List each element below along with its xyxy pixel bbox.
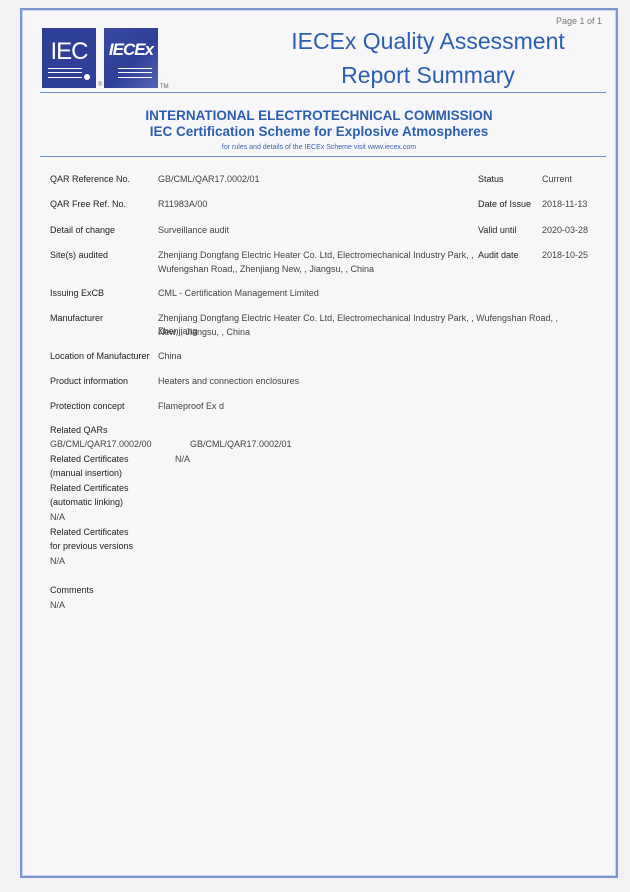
scheme-note: for rules and details of the IECEx Schem… bbox=[22, 144, 616, 151]
comments-label: Comments bbox=[50, 584, 94, 597]
detail-change-label: Detail of change bbox=[50, 224, 160, 237]
related-prev-value: N/A bbox=[50, 555, 65, 568]
registered-mark: ® bbox=[98, 82, 102, 88]
header-divider bbox=[40, 92, 606, 93]
section-divider bbox=[40, 156, 606, 157]
qar-free-ref-label: QAR Free Ref. No. bbox=[50, 198, 160, 211]
location-value: China bbox=[158, 350, 598, 363]
sites-audited-value-line1: Zhenjiang Dongfang Electric Heater Co. L… bbox=[158, 249, 478, 262]
logo-lines-icon bbox=[48, 68, 82, 78]
protection-value: Flameproof Ex d bbox=[158, 400, 598, 413]
date-issue-value: 2018-11-13 bbox=[542, 198, 587, 211]
related-prev-sublabel: for previous versions bbox=[50, 540, 133, 553]
report-title-line1: IECEx Quality Assessment bbox=[218, 28, 630, 55]
iecex-logo: IECEx bbox=[104, 28, 158, 88]
protection-label: Protection concept bbox=[50, 400, 160, 413]
document-frame: Page 1 of 1 IEC ® IECEx TM IECEx Quality… bbox=[20, 8, 618, 878]
related-auto-label: Related Certificates bbox=[50, 482, 129, 495]
organization-name: INTERNATIONAL ELECTROTECHNICAL COMMISSIO… bbox=[22, 108, 616, 123]
related-qar-item: GB/CML/QAR17.0002/01 bbox=[190, 438, 292, 451]
related-manual-label: Related Certificates bbox=[50, 453, 129, 466]
manufacturer-label: Manufacturer bbox=[50, 312, 160, 325]
status-label: Status bbox=[478, 173, 504, 186]
qar-ref-label: QAR Reference No. bbox=[50, 173, 160, 186]
issuing-excb-value: CML - Certification Management Limited bbox=[158, 287, 598, 300]
logo-dot-icon bbox=[84, 74, 90, 80]
date-issue-label: Date of Issue bbox=[478, 198, 531, 211]
qar-ref-value: GB/CML/QAR17.0002/01 bbox=[158, 173, 598, 186]
sites-audited-label: Site(s) audited bbox=[50, 249, 160, 262]
related-qars-label: Related QARs bbox=[50, 424, 108, 437]
trademark-mark: TM bbox=[160, 84, 169, 90]
location-label: Location of Manufacturer bbox=[50, 350, 160, 363]
related-manual-value: N/A bbox=[175, 453, 190, 466]
related-prev-label: Related Certificates bbox=[50, 526, 129, 539]
comments-value: N/A bbox=[50, 599, 65, 612]
audit-date-value: 2018-10-25 bbox=[542, 249, 588, 262]
related-manual-sublabel: (manual insertion) bbox=[50, 467, 122, 480]
valid-until-value: 2020-03-28 bbox=[542, 224, 588, 237]
product-info-value: Heaters and connection enclosures bbox=[158, 375, 598, 388]
page-indicator: Page 1 of 1 bbox=[556, 16, 602, 26]
sites-audited-value-line2: Wufengshan Road,, Zhenjiang New, , Jiang… bbox=[158, 263, 478, 276]
related-qar-item: GB/CML/QAR17.0002/00 bbox=[50, 438, 152, 451]
product-info-label: Product information bbox=[50, 375, 160, 388]
detail-change-value: Surveillance audit bbox=[158, 224, 598, 237]
audit-date-label: Audit date bbox=[478, 249, 519, 262]
related-auto-value: N/A bbox=[50, 511, 65, 524]
scheme-name: IEC Certification Scheme for Explosive A… bbox=[22, 124, 616, 139]
iec-logo: IEC bbox=[42, 28, 96, 88]
manufacturer-value-line2: New, , Jiangsu, , China bbox=[158, 326, 598, 339]
status-value: Current bbox=[542, 173, 572, 186]
qar-free-ref-value: R11983A/00 bbox=[158, 198, 598, 211]
issuing-excb-label: Issuing ExCB bbox=[50, 287, 160, 300]
related-auto-sublabel: (automatic linking) bbox=[50, 496, 123, 509]
report-title-line2: Report Summary bbox=[218, 62, 630, 89]
logo-lines-icon bbox=[118, 68, 152, 78]
valid-until-label: Valid until bbox=[478, 224, 516, 237]
